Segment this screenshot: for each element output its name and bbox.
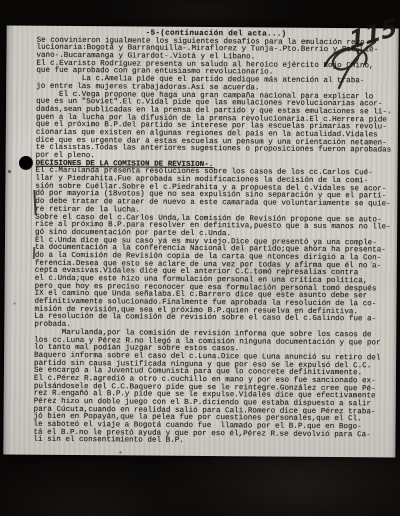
pen-flourish-mark xyxy=(315,38,387,94)
scanned-document-page: -5-(continuación del acta...)Se convinie… xyxy=(0,0,400,516)
paper-crease xyxy=(31,120,32,290)
dust-specks xyxy=(0,0,1,1)
punch-hole xyxy=(19,156,33,170)
